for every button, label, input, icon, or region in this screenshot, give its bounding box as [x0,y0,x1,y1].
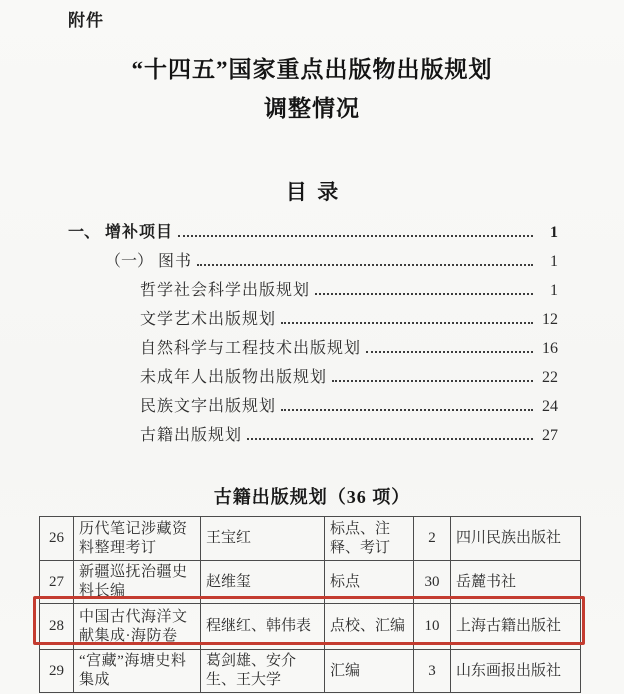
toc-dot-leader [197,264,533,266]
toc-entry: 文学艺术出版规划 12 [68,306,558,335]
toc-entry-label: 古籍出版规划 [140,422,242,445]
cell-title: “宫藏”海塘史料集成 [74,650,201,693]
cell-author: 赵维玺 [201,561,325,604]
cell-publisher: 上海古籍出版社 [451,604,581,650]
cell-author: 程继红、韩伟表 [201,604,325,650]
toc-entry-page-number: 1 [536,224,558,242]
toc-entry: 民族文字出版规划 24 [68,393,558,422]
toc-dot-leader [366,351,533,353]
table-row-highlighted: 28 中国古代海洋文献集成·海防卷 程继红、韩伟表 点校、汇编 10 上海古籍出… [40,604,581,650]
cell-publisher: 岳麓书社 [451,561,581,604]
cell-row-number: 28 [40,604,74,650]
cell-author: 葛剑雄、安介生、王大学 [201,650,325,693]
toc-entry: 未成年人出版物出版规划 22 [68,364,558,393]
document-title-line-2: 调整情况 [0,89,624,128]
toc-entry-label: 未成年人出版物出版规划 [140,364,327,387]
toc-entry-page-number: 12 [536,311,558,329]
document-page: 附件 “十四五”国家重点出版物出版规划 调整情况 目 录 一、 增补项目 1 （… [0,0,624,694]
toc-entry-page-number: 27 [536,427,558,445]
toc-entry-page-number: 16 [536,340,558,358]
cell-row-number: 27 [40,561,74,604]
section-heading: 古籍出版规划（36 项） [0,483,624,509]
toc-entry-page-number: 24 [536,398,558,416]
toc-entry: 自然科学与工程技术出版规划 16 [68,335,558,364]
cell-title: 新疆巡抚治疆史料长编 [74,561,201,604]
toc-entry-label: 图书 [158,248,192,271]
table-row: 26 历代笔记涉藏资料整理考订 王宝红 标点、注释、考订 2 四川民族出版社 [40,517,581,561]
document-title-line-1: “十四五”国家重点出版物出版规划 [0,50,624,89]
toc-entry-prefix: 一、 [68,219,105,242]
cell-method: 标点 [325,561,414,604]
toc-entry-page-number: 1 [536,282,558,300]
table-row: 29 “宫藏”海塘史料集成 葛剑雄、安介生、王大学 汇编 3 山东画报出版社 [40,650,581,693]
toc-entry: 哲学社会科学出版规划 1 [68,277,558,306]
toc-entry: 一、 增补项目 1 [68,219,558,248]
attachment-label: 附件 [68,6,104,31]
cell-count: 10 [414,604,451,650]
document-title: “十四五”国家重点出版物出版规划 调整情况 [0,50,624,128]
cell-method: 标点、注释、考订 [325,517,414,561]
toc-entry-page-number: 1 [536,253,558,271]
publications-table: 26 历代笔记涉藏资料整理考订 王宝红 标点、注释、考订 2 四川民族出版社 2… [39,516,581,693]
toc-entry-label: 增补项目 [105,219,173,242]
cell-author: 王宝红 [201,517,325,561]
table-row: 27 新疆巡抚治疆史料长编 赵维玺 标点 30 岳麓书社 [40,561,581,604]
toc-heading: 目 录 [0,176,624,206]
toc-entry: （一） 图书 1 [68,248,558,277]
toc-dot-leader [247,438,533,440]
cell-method: 点校、汇编 [325,604,414,650]
toc-dot-leader [332,380,533,382]
toc-entry-label: 文学艺术出版规划 [140,306,276,329]
cell-count: 2 [414,517,451,561]
toc-entry-prefix: （一） [105,248,153,271]
cell-row-number: 26 [40,517,74,561]
cell-title: 中国古代海洋文献集成·海防卷 [74,604,201,650]
toc-entry-label: 哲学社会科学出版规划 [140,277,310,300]
toc-dot-leader [315,293,533,295]
table-of-contents: 一、 增补项目 1 （一） 图书 1 哲学社会科学出版规划 1 文学艺术出版规划… [68,219,558,451]
cell-count: 30 [414,561,451,604]
toc-dot-leader [281,322,533,324]
toc-entry: 古籍出版规划 27 [68,422,558,451]
toc-entry-label: 民族文字出版规划 [140,393,276,416]
cell-count: 3 [414,650,451,693]
toc-dot-leader [281,409,533,411]
cell-method: 汇编 [325,650,414,693]
cell-row-number: 29 [40,650,74,693]
cell-publisher: 四川民族出版社 [451,517,581,561]
toc-dot-leader [178,235,533,237]
toc-entry-page-number: 22 [536,369,558,387]
cell-title: 历代笔记涉藏资料整理考订 [74,517,201,561]
cell-publisher: 山东画报出版社 [451,650,581,693]
toc-entry-label: 自然科学与工程技术出版规划 [140,335,361,358]
